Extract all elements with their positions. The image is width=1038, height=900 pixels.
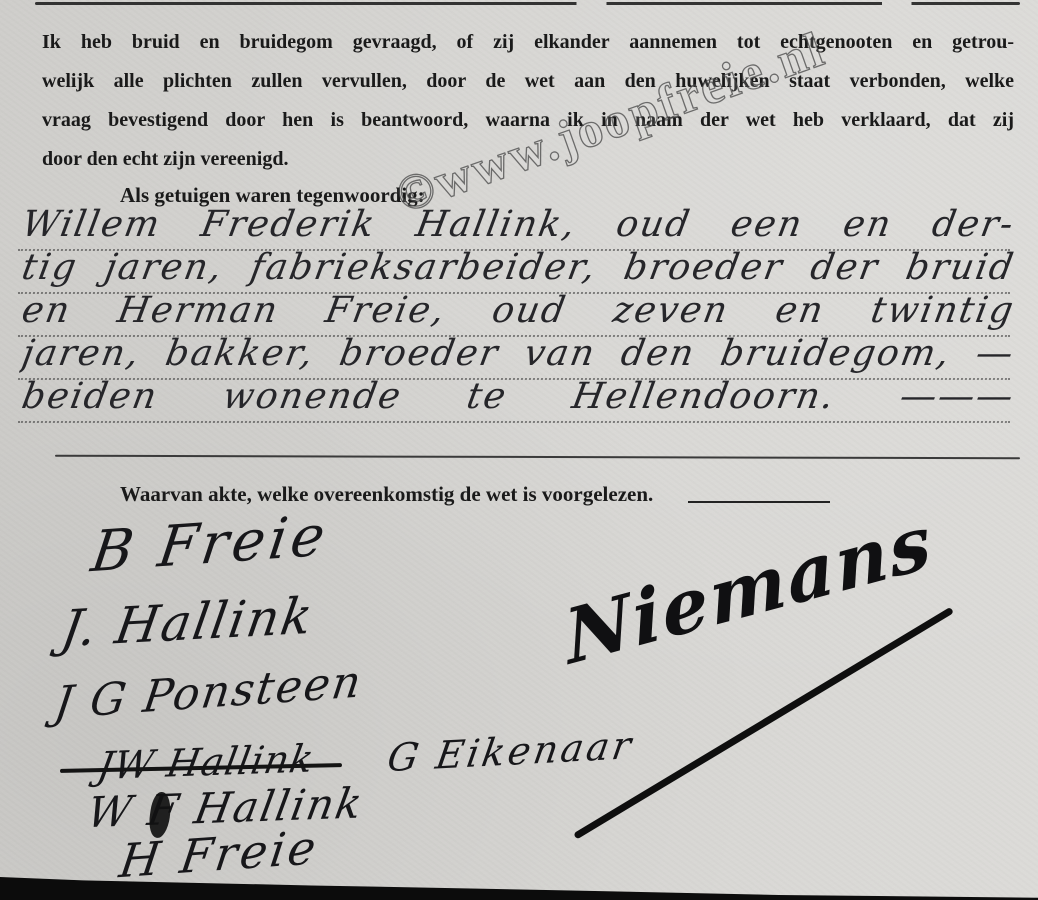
document-scan: Ik heb bruid en bruidegom gevraagd, of z… — [0, 0, 1038, 900]
handwritten-line: beiden wonende te Hellendoorn. ——— — [18, 375, 1018, 423]
printed-paragraph-line: Ik heb bruid en bruidegom gevraagd, of z… — [42, 22, 1014, 62]
signature-j-hallink: J. Hallink — [57, 587, 318, 659]
signature-g-eikenaar: G Eikenaar — [384, 723, 636, 780]
section-divider-rule — [55, 455, 1020, 460]
scan-edge-top — [35, 2, 1020, 5]
signature-j-g-ponsteen: J G Ponsteen — [51, 656, 366, 729]
handwritten-line: tig jaren, fabrieksarbeider, broeder der… — [18, 246, 1018, 294]
handwritten-line: en Herman Freie, oud zeven en twintig — [18, 289, 1018, 337]
closing-dash-line — [688, 501, 830, 503]
signature-b-freie: B Freie — [87, 503, 332, 585]
handwritten-line: jaren, bakker, broeder van den bruidegom… — [18, 332, 1018, 380]
printed-paragraph-line: vraag bevestigend door hen is beantwoord… — [42, 100, 1014, 140]
printed-paragraph-line: welijk alle plichten zullen vervullen, d… — [42, 61, 1014, 101]
closing-statement: Waarvan akte, welke overeenkomstig de we… — [120, 482, 653, 507]
handwritten-line: Willem Frederik Hallink, oud een en der- — [18, 203, 1018, 251]
printed-paragraph-line: door den echt zijn vereenigd. — [42, 139, 1014, 179]
